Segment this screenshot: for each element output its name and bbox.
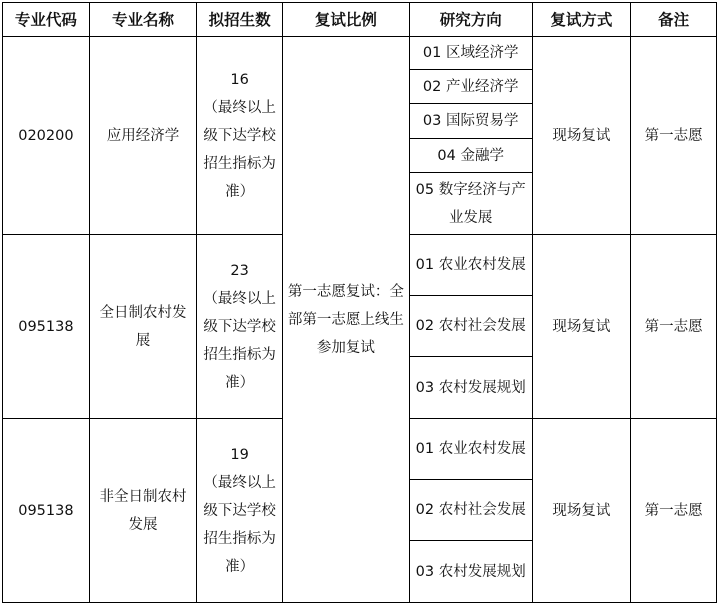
- plan-note: （最终以上级下达学校招生指标为准）: [201, 285, 278, 397]
- major-name: 应用经济学: [89, 37, 196, 235]
- plan-count-cell: 16 （最终以上级下达学校招生指标为准）: [197, 37, 283, 235]
- retest-method: 现场复试: [532, 235, 631, 419]
- direction-item: 01 农业农村发展: [409, 235, 532, 296]
- plan-note: （最终以上级下达学校招生指标为准）: [201, 469, 278, 581]
- header-name: 专业名称: [89, 3, 196, 37]
- plan-count-cell: 23 （最终以上级下达学校招生指标为准）: [197, 235, 283, 419]
- plan-note: （最终以上级下达学校招生指标为准）: [201, 94, 278, 206]
- table-row: 020200 应用经济学 16 （最终以上级下达学校招生指标为准） 第一志愿复试…: [3, 37, 717, 70]
- plan-count-cell: 19 （最终以上级下达学校招生指标为准）: [197, 419, 283, 603]
- retest-method: 现场复试: [532, 419, 631, 603]
- direction-item: 01 区域经济学: [409, 37, 532, 70]
- direction-item: 03 农村发展规划: [409, 357, 532, 419]
- direction-item: 03 农村发展规划: [409, 541, 532, 603]
- plan-count: 19: [201, 441, 278, 469]
- header-row: 专业代码 专业名称 拟招生数 复试比例 研究方向 复试方式 备注: [3, 3, 717, 37]
- major-code: 020200: [3, 37, 90, 235]
- remark: 第一志愿: [631, 235, 717, 419]
- header-ratio: 复试比例: [282, 3, 409, 37]
- header-method: 复试方式: [532, 3, 631, 37]
- header-plan: 拟招生数: [197, 3, 283, 37]
- header-code: 专业代码: [3, 3, 90, 37]
- major-name: 非全日制农村发展: [89, 419, 196, 603]
- header-remark: 备注: [631, 3, 717, 37]
- major-name: 全日制农村发展: [89, 235, 196, 419]
- remark: 第一志愿: [631, 37, 717, 235]
- remark: 第一志愿: [631, 419, 717, 603]
- retest-method: 现场复试: [532, 37, 631, 235]
- header-direction: 研究方向: [409, 3, 532, 37]
- major-code: 095138: [3, 235, 90, 419]
- direction-item: 02 产业经济学: [409, 70, 532, 104]
- plan-count: 16: [201, 66, 278, 94]
- direction-item: 01 农业农村发展: [409, 419, 532, 480]
- direction-item: 04 金融学: [409, 139, 532, 173]
- direction-item: 05 数字经济与产业发展: [409, 173, 532, 235]
- admissions-table: 专业代码 专业名称 拟招生数 复试比例 研究方向 复试方式 备注 020200 …: [2, 2, 717, 603]
- direction-item: 02 农村社会发展: [409, 480, 532, 541]
- plan-count: 23: [201, 257, 278, 285]
- major-code: 095138: [3, 419, 90, 603]
- retest-ratio: 第一志愿复试：全部第一志愿上线生参加复试: [282, 37, 409, 603]
- direction-item: 03 国际贸易学: [409, 104, 532, 139]
- direction-item: 02 农村社会发展: [409, 296, 532, 357]
